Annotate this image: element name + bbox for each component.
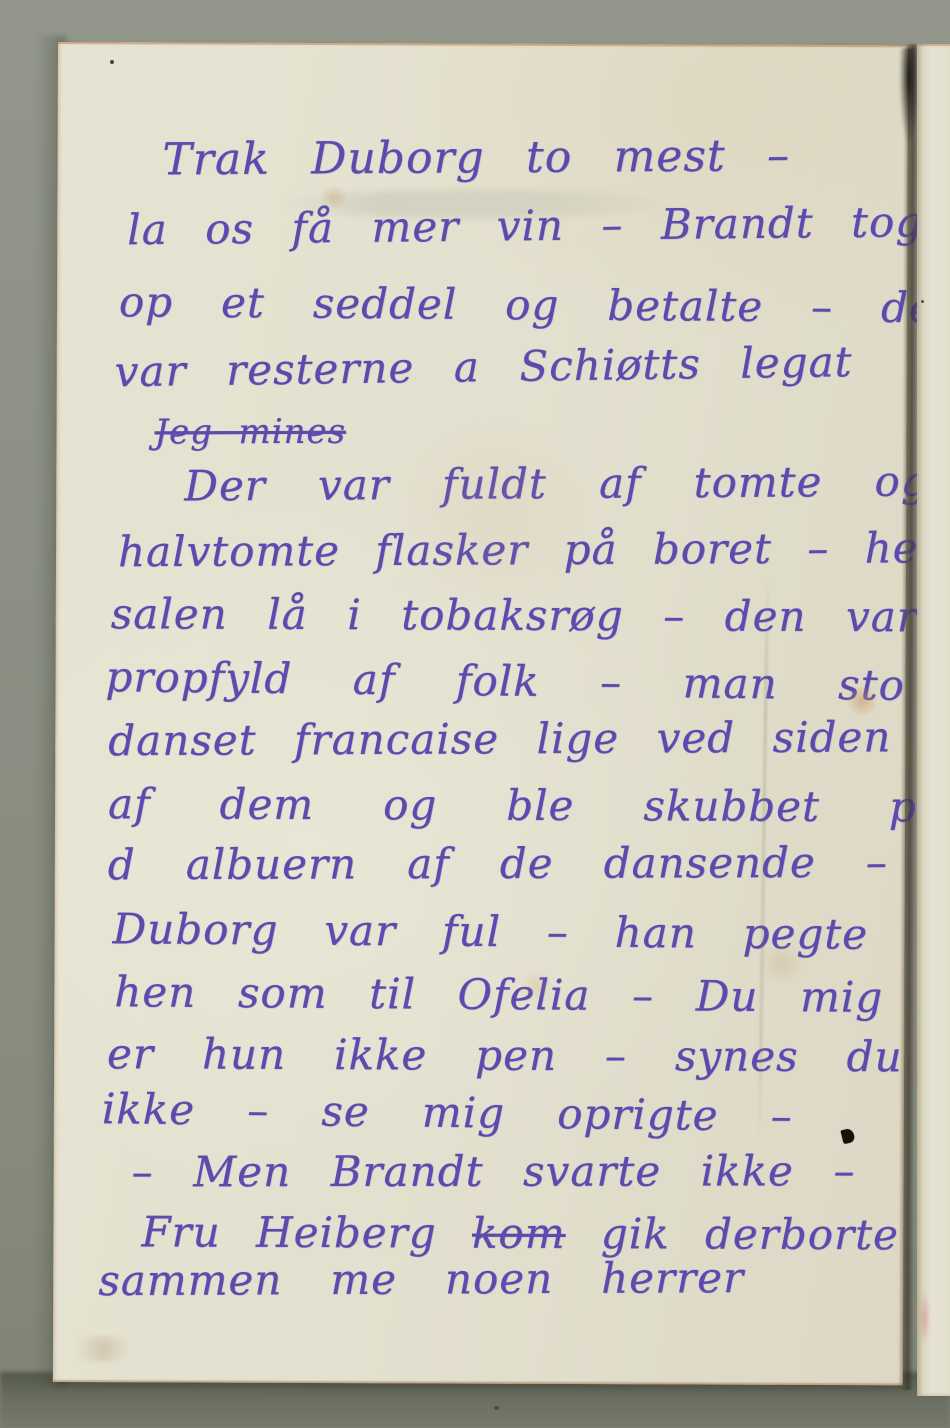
handwriting-line: Duborg var ful – han pegte [112, 904, 868, 959]
red-smudge [919, 1292, 930, 1344]
paper-stain [380, 430, 610, 600]
paper-stain [66, 1336, 140, 1362]
paper-stain [518, 972, 554, 1000]
handwriting-line: danset francaise lige ved siden [108, 712, 891, 765]
handwriting-line: af dem og ble skubbet pu [108, 779, 945, 831]
handwriting-line: Fru Heiberg kom gik derborte – [141, 1207, 950, 1259]
manuscript-page: Trak Duborg to mest – la os få mer vin –… [53, 42, 908, 1385]
handwriting-line: sammen me noen herrer [98, 1253, 744, 1305]
dust-speck [921, 300, 924, 303]
dust-speck [494, 1406, 499, 1410]
handwriting-line: d albuern af de dansende – [108, 838, 888, 889]
photographed-manuscript-scan: Trak Duborg to mest – la os få mer vin –… [0, 0, 950, 1428]
handwriting-line: propfyld af folk – man sto [105, 652, 905, 710]
handwriting-segment: gik derborte – [565, 1209, 950, 1259]
handwriting-line: – Men Brandt svarte ikke – [132, 1146, 856, 1196]
dust-speck [110, 60, 114, 64]
next-page-edge [917, 44, 950, 1396]
handwriting-line: op et seddel og betalte – det [119, 277, 950, 332]
paper-stain [758, 942, 806, 984]
gutter-dark-smudge [899, 48, 917, 143]
handwriting-segment-struck-out: kom [472, 1209, 566, 1258]
handwriting-line-struck-out: Jeg mines [154, 412, 346, 453]
handwriting-segment: Fru Heiberg [141, 1207, 472, 1257]
handwriting-line: ikke – se mig oprigte – [102, 1084, 793, 1140]
paper-stain [318, 186, 350, 208]
handwriting-line: var resterne a Schiøtts legat [114, 337, 852, 396]
paper-stain [845, 686, 879, 716]
handwriting-line: Trak Duborg to mest – [162, 130, 790, 185]
handwriting-line: er hun ikke pen – synes du [107, 1029, 903, 1081]
